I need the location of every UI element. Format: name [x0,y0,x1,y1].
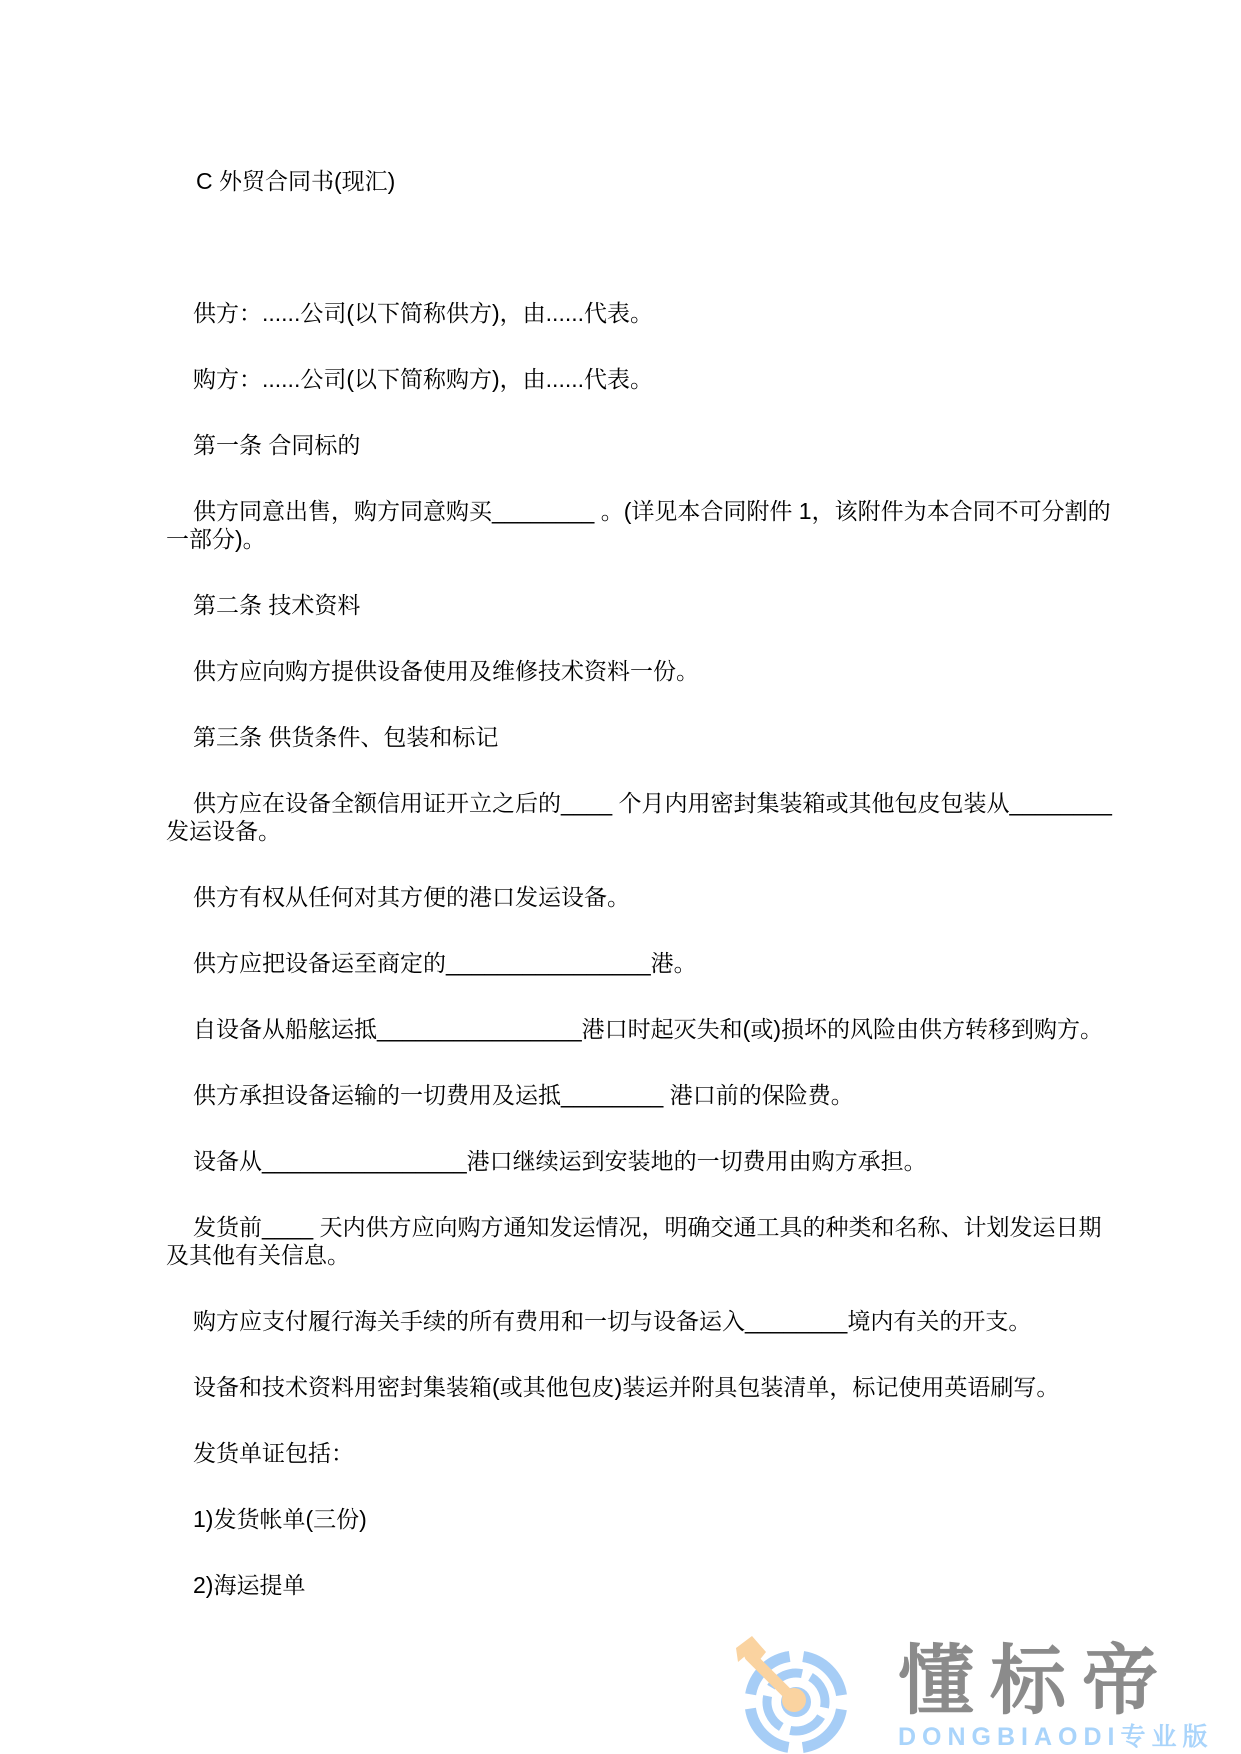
watermark: 懂标帝 DONGBIAODI专业版 [726,1630,1226,1754]
paragraph-shipping-notice: 发货前____ 天内供方应向购方通知发运情况，明确交通工具的种类和名称、计划发运… [166,1213,1151,1269]
heading-article-1: 第一条 合同标的 [166,431,1151,459]
paragraph-article-1-body: 供方同意出售，购方同意购买________ 。(详见本合同附件 1，该附件为本合… [166,497,1151,553]
heading-article-3: 第三条 供货条件、包装和标记 [166,723,1151,751]
paragraph-customs-fees: 购方应支付履行海关手续的所有费用和一切与设备运入________境内有关的开支。 [166,1307,1151,1335]
watermark-edition-label: 专业版 [1121,1723,1214,1751]
document-title: C 外贸合同书(现汇) [166,167,1151,195]
paragraph-supplier: 供方：......公司(以下简称供方)，由......代表。 [166,299,1151,327]
document-title-text: C 外贸合同书(现汇) [166,167,1151,195]
paragraph-article-2-body: 供方应向购方提供设备使用及维修技术资料一份。 [166,657,1151,685]
document-body: C 外贸合同书(现汇) 供方：......公司(以下简称供方)，由......代… [166,167,1151,1637]
paragraph-buyer: 购方：......公司(以下简称购方)，由......代表。 [166,365,1151,393]
paragraph-inland-transport-cost: 设备从________________港口继续运到安装地的一切费用由购方承担。 [166,1147,1151,1175]
paragraph-risk-transfer: 自设备从船舷运抵________________港口时起灭失和(或)损坏的风险由… [166,1015,1151,1043]
paragraph-freight-insurance: 供方承担设备运输的一切费用及运抵________ 港口前的保险费。 [166,1081,1151,1109]
heading-article-2: 第二条 技术资料 [166,591,1151,619]
contract-document-page: C 外贸合同书(现汇) 供方：......公司(以下简称供方)，由......代… [0,0,1241,1754]
paragraph-port-choice: 供方有权从任何对其方便的港口发运设备。 [166,883,1151,911]
watermark-latin-name: DONGBIAODI [898,1723,1121,1751]
paragraph-shipping-documents: 发货单证包括： [166,1439,1151,1467]
paragraph-shipping-deadline: 供方应在设备全额信用证开立之后的____ 个月内用密封集装箱或其他包皮包装从__… [166,789,1151,845]
watermark-subtitle: DONGBIAODI专业版 [898,1724,1228,1750]
list-item-bill-of-lading: 2)海运提单 [166,1571,1151,1599]
bullseye-dart-logo-icon [726,1634,852,1754]
paragraph-agreed-port: 供方应把设备运至商定的________________港。 [166,949,1151,977]
watermark-text: 懂标帝 DONGBIAODI专业版 [898,1644,1228,1750]
list-item-invoice: 1)发货帐单(三份) [166,1505,1151,1533]
watermark-brand-name: 懂标帝 [898,1644,1228,1720]
paragraph-packing-marking: 设备和技术资料用密封集装箱(或其他包皮)装运并附具包装清单，标记使用英语刷写。 [166,1373,1151,1401]
